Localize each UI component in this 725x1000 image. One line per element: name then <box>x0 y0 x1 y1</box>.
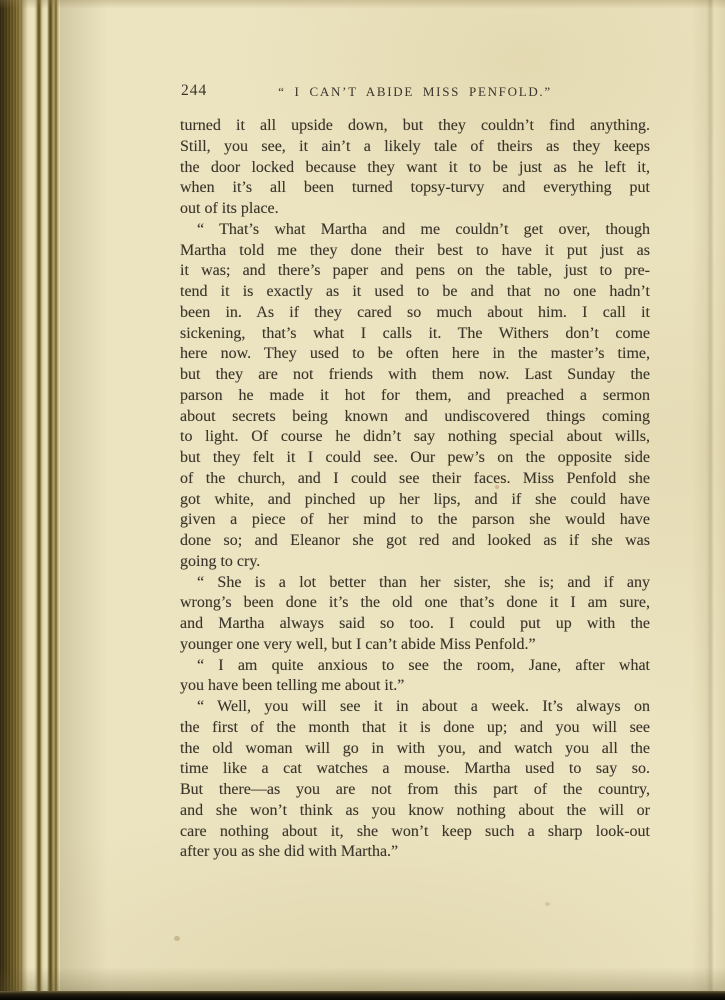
paragraph: “ I am quite anxious to see the room, Ja… <box>180 656 650 698</box>
text-line: “ Well, you will see it in about a week.… <box>180 697 650 718</box>
running-header: “ I CAN’T ABIDE MISS PENFOLD.” <box>278 84 552 100</box>
text-line: got white, and pinched up her lips, and … <box>180 490 650 511</box>
text-line: But there—as you are not from this part … <box>180 780 650 801</box>
text-line: and Martha always said so too. I could p… <box>180 614 650 635</box>
text-line: Still, you see, it ain’t a likely tale o… <box>180 137 650 158</box>
text-line: “ That’s what Martha and me couldn’t get… <box>180 220 650 241</box>
text-line: after you as she did with Martha.” <box>180 842 650 863</box>
paragraph: turned it all upside down, but they coul… <box>180 116 650 220</box>
text-line: time like a cat watches a mouse. Martha … <box>180 759 650 780</box>
paragraph: “ That’s what Martha and me couldn’t get… <box>180 220 650 573</box>
text-line: out of its place. <box>180 199 650 220</box>
text-line: “ I am quite anxious to see the room, Ja… <box>180 656 650 677</box>
text-line: been in. As if they cared so much about … <box>180 303 650 324</box>
page-right-edge-crease <box>691 0 725 1000</box>
paragraph: “ She is a lot better than her sister, s… <box>180 573 650 656</box>
page-header: 244 “ I CAN’T ABIDE MISS PENFOLD.” <box>180 82 650 100</box>
text-line: wrong’s been done it’s the old one that’… <box>180 593 650 614</box>
paragraph: “ Well, you will see it in about a week.… <box>180 697 650 863</box>
text-line: parson he made it hot for them, and prea… <box>180 386 650 407</box>
text-line: turned it all upside down, but they coul… <box>180 116 650 137</box>
page-top-edge-shading <box>0 0 725 9</box>
text-line: care nothing about it, she won’t keep su… <box>180 822 650 843</box>
text-line: but they are not friends with them now. … <box>180 365 650 386</box>
text-line: here now. They used to be often here in … <box>180 344 650 365</box>
text-line: to light. Of course he didn’t say nothin… <box>180 427 650 448</box>
text-line: when it’s all been turned topsy-turvy an… <box>180 178 650 199</box>
text-line: sickening, that’s what I calls it. The W… <box>180 324 650 345</box>
book-gutter-binding <box>0 0 60 1000</box>
page-bottom-shading <box>0 967 725 991</box>
text-line: given a piece of her mind to the parson … <box>180 510 650 531</box>
text-line: of the church, and I could see their fac… <box>180 469 650 490</box>
text-line: about secrets being known and undiscover… <box>180 407 650 428</box>
text-line: you have been telling me about it.” <box>180 676 650 697</box>
foxing-speck <box>495 485 499 489</box>
text-line: Martha told me they done their best to h… <box>180 241 650 262</box>
text-line: the door locked because they want it to … <box>180 158 650 179</box>
text-line: and she won’t think as you know nothing … <box>180 801 650 822</box>
foxing-speck <box>545 902 550 906</box>
text-line: tend it is exactly as it used to be and … <box>180 282 650 303</box>
text-line: younger one very well, but I can’t abide… <box>180 635 650 656</box>
scanned-book-page: 244 “ I CAN’T ABIDE MISS PENFOLD.” turne… <box>0 0 725 1000</box>
text-line: but they felt it I could see. Our pew’s … <box>180 448 650 469</box>
foxing-speck <box>174 936 180 941</box>
text-line: it was; and there’s paper and pens on th… <box>180 261 650 282</box>
text-line: the old woman will go in with you, and w… <box>180 739 650 760</box>
gutter-shadow <box>60 0 108 1000</box>
page-number: 244 <box>181 82 207 100</box>
book-bottom-edge <box>0 991 725 1000</box>
text-line: “ She is a lot better than her sister, s… <box>180 573 650 594</box>
text-block: turned it all upside down, but they coul… <box>180 116 650 863</box>
text-line: done so; and Eleanor she got red and loo… <box>180 531 650 552</box>
text-line: going to cry. <box>180 552 650 573</box>
text-line: the first of the month that it is done u… <box>180 718 650 739</box>
